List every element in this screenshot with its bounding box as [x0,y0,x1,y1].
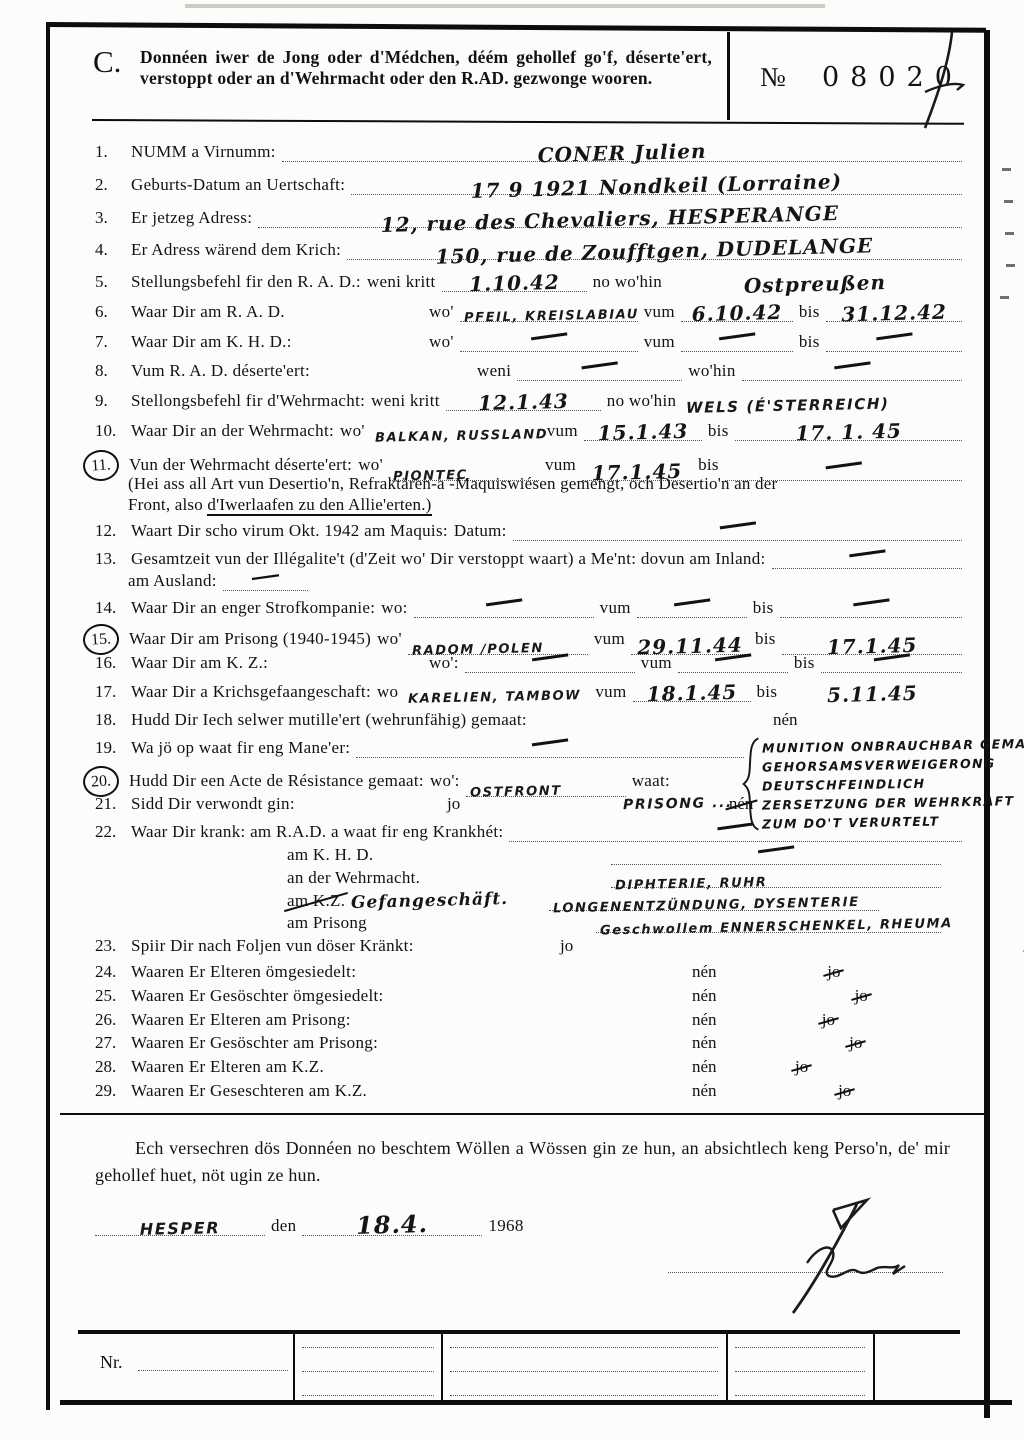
q10-field3-label: bis [708,421,729,441]
q22-sub2-value: DIPHTERIE, RUHR [611,873,941,893]
q20-label: Hudd Dir een Acte de Résistance gemaat: [129,771,424,791]
q1-label: NUMM a Virnumm: [131,142,276,162]
q13-field2: — [223,575,308,591]
q6-row: 6. Waar Dir am R. A. D. wo' PFEIL, KREIS… [95,302,962,322]
q11-note-line2-underlined: d'Iwerlaafen zu den Allie'erten.) [207,495,431,516]
q25-row: 25. Waaren Er Gesöschter ömgesiedelt: jo… [95,986,962,1006]
q10-row: 10. Waar Dir an der Wehrmacht: wo' BALKA… [95,421,962,441]
q5-field1: 1.10.42 [442,276,587,292]
q10-field2-value: 15.1.43 [584,420,702,443]
q4-number: 4. [95,240,125,260]
q16-number: 16. [95,653,125,673]
q21-number: 21. [95,794,125,814]
form-title: Donnéen iwer de Jong oder d'Médchen, déé… [140,47,712,90]
edge-mark [1004,200,1013,203]
q3-value-handwritten: 12, rue des Chevaliers, HESPERANGE [258,200,962,238]
q11-note-line1: (Hei ass all Art vun Desertio'n, Refrakt… [128,474,954,494]
q29-row: 29. Waaren Er Geseschteren am K.Z. jo né… [95,1081,962,1101]
q17-number: 17. [95,682,125,702]
form-number-label: № [760,62,786,93]
q25-nen: nén [692,986,717,1006]
q1-number: 1. [95,142,125,162]
edge-mark [1006,264,1015,267]
q28-number: 28. [95,1057,125,1077]
q22-sub1-label: am K. H. D. [287,845,465,865]
place-field: HESPER [95,1220,265,1236]
q28-jo-crossed: jo [795,1057,808,1077]
table-column-divider-2 [441,1332,443,1402]
q10-label: Waar Dir an der Wehrmacht: [131,421,334,441]
table-bottom-border [60,1400,1012,1405]
q17-field1: KARELIEN, TAMBOW [404,687,589,702]
q14-label: Waar Dir an enger Strofkompanie: [131,598,375,618]
q21-handwritten-note: PRISONG ... [623,795,733,813]
q12-number: 12. [95,521,125,541]
table-column-divider-1 [293,1332,295,1402]
q26-nen: nén [692,1010,717,1030]
date-value-handwritten: 18.4. [302,1211,483,1240]
q20-field2-label: waat: [632,771,670,791]
q24-jo-crossed: jo [827,962,840,982]
edge-mark [1002,168,1011,171]
q27-label: Waaren Er Gesöschter am Prisong: [131,1033,378,1053]
q18-number: 18. [95,710,125,730]
q12-label: Waart Dir scho virum Okt. 1942 am Maquis… [131,521,448,541]
q17-field1-label: wo [377,682,398,702]
q14-row: 14. Waar Dir an enger Strofkompanie: wo:… [95,598,962,618]
section-letter: C. [93,44,121,80]
q22-label: Waar Dir krank: am R.A.D. a waat fir eng… [131,822,503,842]
q2-row: 2. Geburts-Datum an Uertschaft: 17 9 192… [95,175,962,195]
q8-label: Vum R. A. D. déserte'ert: [131,361,471,381]
q14-field3: — [780,602,962,618]
table-cell-dotted-line [735,1371,865,1372]
top-border [46,22,986,33]
q7-label: Waar Dir am K. H. D.: [131,332,423,352]
q15-number-circled: 15. [82,623,120,656]
place-value-handwritten: HESPER [95,1219,265,1239]
q22-sub2-row: an der Wehrmacht. DIPHTERIE, RUHR [287,868,962,888]
q1-value-handwritten: CONER Julien [282,134,962,172]
q8-row: 8. Vum R. A. D. déserte'ert: weni — wo'h… [95,361,962,381]
q13-field1: — [772,553,962,569]
q26-number: 26. [95,1010,125,1030]
q8-field2: — [742,365,962,381]
q28-label: Waaren Er Elteren am K.Z. [131,1057,324,1077]
table-top-border [78,1330,960,1334]
q27-row: 27. Waaren Er Gesöschter am Prisong: jo … [95,1033,962,1053]
q27-jo-crossed: jo [849,1033,862,1053]
q27-number: 27. [95,1033,125,1053]
right-border [984,30,990,1418]
q7-number: 7. [95,332,125,352]
scan-artifact-top [185,4,825,8]
q22-sub3-field: LONGENENTZÜNDUNG, DYSENTERIE [549,895,879,911]
q9-field2-value: WELS (É'STERREICH) [682,395,962,416]
q19-number: 19. [95,738,125,758]
q29-number: 29. [95,1081,125,1101]
q1-field: CONER Julien [282,146,962,162]
scanned-form-page: C. Donnéen iwer de Jong oder d'Médchen, … [0,0,1024,1440]
table-cell-dotted-line [450,1371,718,1372]
q6-label: Waar Dir am R. A. D. [131,302,423,322]
q3-number: 3. [95,208,125,228]
q14-number: 14. [95,598,125,618]
section-divider [60,1113,984,1115]
date-field: 18.4. [302,1220,482,1236]
signature [745,1188,945,1318]
q5-field2: Ostpreußen [668,277,962,292]
q5-label: Stellungsbefehl fir den R. A. D.: [131,272,361,292]
q22-sub3-handwritten: Gefangeschäft. [351,889,509,913]
table-column-divider-4 [873,1332,875,1402]
q4-value-handwritten: 150, rue de Zoufftgen, DUDELANGE [347,233,962,269]
q11-field1-label: wo' [358,455,383,475]
q20-field1-label: wo': [430,771,460,791]
q17-label: Waar Dir a Krichsgefaangeschaft: [131,682,371,702]
q17-field2-label: vum [595,682,626,702]
q10-field1-label: wo' [340,421,365,441]
q8-number: 8. [95,361,125,381]
q23-number: 23. [95,936,125,956]
q10-number: 10. [95,421,125,441]
q22-sub1-field: — [611,849,941,865]
q9-label: Stellongsbefehl fir d'Wehrmacht: [131,391,365,411]
q15-label: Waar Dir am Prisong (1940-1945) [129,629,371,649]
q3-label: Er jetzeg Adress: [131,208,252,228]
q18-label: Hudd Dir Iech selwer mutille'ert (wehrun… [131,710,527,730]
q5-row: 5. Stellungsbefehl fir den R. A. D.: wen… [95,272,962,292]
q9-field2: WELS (É'STERREICH) [682,396,962,411]
q24-number: 24. [95,962,125,982]
q5-number: 5. [95,272,125,292]
q8-field1: — [517,365,682,381]
table-cell-dotted-line [450,1347,718,1348]
q1-row: 1. NUMM a Virnumm: CONER Julien [95,142,962,162]
q22-number: 22. [95,822,125,842]
q17-field2: 18.1.45 [633,686,751,702]
q25-number: 25. [95,986,125,1006]
q9-field1-value: 12.1.43 [446,390,601,414]
table-cell-dotted-line [735,1395,865,1396]
q3-row: 3. Er jetzeg Adress: 12, rue des Chevali… [95,208,962,228]
q22-sub2-field: DIPHTERIE, RUHR [611,872,941,888]
q22-sub3-label-crossed: am K.Z. [287,891,345,911]
q10-field2-label: vum [547,421,578,441]
nr-label: Nr. [100,1352,123,1373]
q10-field1: BALKAN, RUSSLAND [371,426,541,441]
q2-label: Geburts-Datum an Uertschaft: [131,175,345,195]
edge-mark [1000,296,1009,299]
q23-row: 23. Spiir Dir nach Foljen vun döser Krän… [95,936,962,956]
q25-label: Waaren Er Gesöschter ömgesiedelt: [131,986,384,1006]
q27-nen: nén [692,1033,717,1053]
q16-label: Waar Dir am K. Z.: [131,653,423,673]
q4-row: 4. Er Adress wärend dem Krich: 150, rue … [95,240,962,260]
q26-row: 26. Waaren Er Elteren am Prisong: jo nén [95,1010,962,1030]
q22-sub4-value: Geschwollem ENNERSCHENKEL, RHEUMA [596,917,941,937]
year-label: 1968 [488,1216,523,1236]
date-row: HESPER den 18.4. 1968 [95,1216,575,1236]
q11-field2-label: vum [545,455,576,475]
q22-sub4-field: Geschwollem ENNERSCHENKEL, RHEUMA [596,917,941,933]
pen-check-mark [905,28,975,138]
q26-jo-crossed: jo [822,1010,835,1030]
q25-jo-crossed: jo [855,986,868,1006]
q16-field3: — [821,657,962,673]
q11-label: Vun der Wehrmacht déserte'ert: [129,455,352,475]
q9-number: 9. [95,391,125,411]
q12-row: 12. Waart Dir scho virum Okt. 1942 am Ma… [95,521,962,541]
header-underline [92,119,964,125]
q9-field2-label: no wo'hin [607,391,677,411]
den-label: den [271,1216,296,1236]
q24-label: Waaren Er Elteren ömgesiedelt: [131,962,356,982]
q9-row: 9. Stellongsbefehl fir d'Wehrmacht: weni… [95,391,962,411]
q17-field2-value: 18.1.45 [632,681,750,704]
q4-field: 150, rue de Zoufftgen, DUDELANGE [347,244,962,260]
q3-field: 12, rue des Chevaliers, HESPERANGE [258,212,962,228]
q2-field: 17 9 1921 Nondkeil (Lorraine) [351,179,962,195]
q28-row: 28. Waaren Er Elteren am K.Z. jo nén [95,1057,962,1077]
q2-value-handwritten: 17 9 1921 Nondkeil (Lorraine) [351,168,962,204]
q10-field3: 17. 1. 45 [735,425,962,441]
q5-field1-label: weni kritt [367,272,436,292]
q29-jo-crossed: jo [838,1081,851,1101]
q29-nen: nén [692,1081,717,1101]
q13-number: 13. [95,549,125,569]
table-cell-dotted-line [302,1371,434,1372]
q22-sub1-row: am K. H. D. — [287,845,962,865]
q4-label: Er Adress wärend dem Krich: [131,240,341,260]
table-cell-dotted-line [302,1347,434,1348]
nr-field [138,1370,288,1371]
q2-number: 2. [95,175,125,195]
table-column-divider-3 [726,1332,728,1402]
table-cell-dotted-line [302,1395,434,1396]
q16-row: 16. Waar Dir am K. Z.: wo': — vum — bis … [95,653,962,673]
q26-label: Waaren Er Elteren am Prisong: [131,1010,351,1030]
q16-field1: — [465,657,635,673]
q28-nen: nén [692,1057,717,1077]
q22-sub3-row: am K.Z. Gefangeschäft. LONGENENTZÜNDUNG,… [287,891,962,911]
q5-field1-value: 1.10.42 [441,271,586,295]
table-cell-dotted-line [735,1347,865,1348]
q15-field1-label: wo' [377,629,402,649]
q22-sub4-row: am Prisong Geschwollem ENNERSCHENKEL, RH… [287,913,962,933]
q22-sub4-label: am Prisong [287,913,465,933]
q13-label: Gesamtzeit vun der Illégalite't (d'Zeit … [131,549,766,569]
q12-field1-label: Datum: [454,521,507,541]
q19-field1: — [356,742,744,758]
header-divider-vertical [727,32,730,120]
left-border [46,22,50,1410]
q13-row: 13. Gesamtzeit vun der Illégalite't (d'Z… [95,549,962,569]
q22-sub2-label: an der Wehrmacht. [287,868,465,888]
q10-field2: 15.1.43 [584,425,702,441]
q17-field1-value: KARELIEN, TAMBOW [404,689,589,706]
declaration-paragraph: Ech versechren dös Donnéen no beschtem W… [95,1135,950,1189]
q14-field1: — [414,602,594,618]
q6-number: 6. [95,302,125,322]
q21-label: Sidd Dir verwondt gin: [131,794,295,814]
q9-field1-label: weni kritt [371,391,440,411]
q10-field1-value: BALKAN, RUSSLAND [371,428,541,445]
q11-note-line2-plain: Front, also [128,495,207,514]
q5-field2-value: Ostpreußen [668,270,962,298]
q5-field2-label: no wo'hin [593,272,663,292]
q24-nen: nén [692,962,717,982]
q21-jo: jo [447,794,460,814]
q11-number-circled: 11. [82,449,120,482]
q6-field1-label: wo' [429,302,454,322]
table-cell-dotted-line [450,1395,718,1396]
q7-row: 7. Waar Dir am K. H. D.: wo' — vum — bis… [95,332,962,352]
q23-jo: jo [560,936,573,956]
q9-field1: 12.1.43 [446,395,601,411]
q23-label: Spiir Dir nach Foljen vun döser Kränkt: [131,936,414,956]
q24-row: 24. Waaren Er Elteren ömgesiedelt: jo né… [95,962,962,982]
q29-label: Waaren Er Geseschteren am K.Z. [131,1081,367,1101]
q19-label: Wa jö op waat fir eng Mane'er: [131,738,350,758]
edge-mark [1005,232,1014,235]
